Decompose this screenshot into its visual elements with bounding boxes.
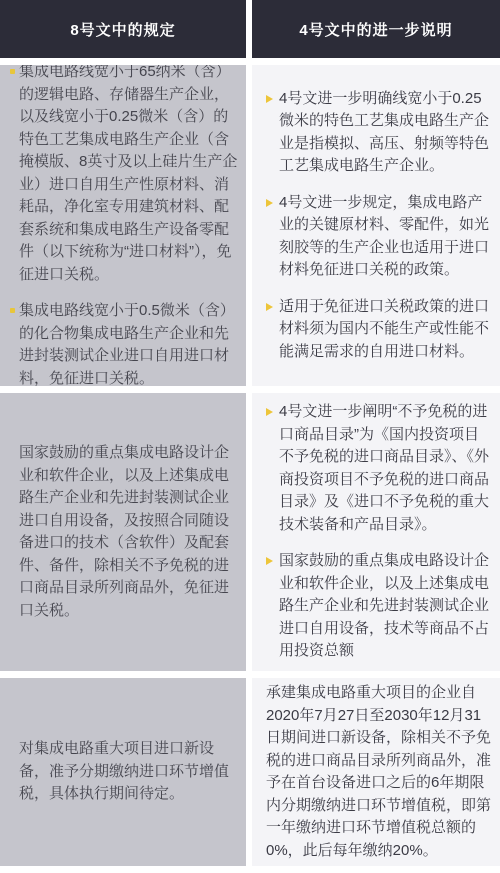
cell-paragraph: 对集成电路重大项目进口新设备，准予分期缴纳进口环节增值税，具体执行期间待定。 [10, 738, 238, 806]
square-bullet-icon [10, 69, 15, 74]
table-cell-row3-doc8: 对集成电路重大项目进口新设备，准予分期缴纳进口环节增值税，具体执行期间待定。 [0, 678, 246, 866]
bullet-item: 集成电路线宽小于0.5微米（含）的化合物集成电路生产企业和先进封装测试企业进口自… [10, 300, 238, 386]
table-grid: 8号文中的规定 4号文中的进一步说明 集成电路线宽小于65纳米（含）的逻辑电路、… [0, 0, 500, 866]
table-cell-row2-doc4: 4号文进一步阐明“不予免税的进口商品目录”为《国内投资项目不予免税的进口商品目录… [252, 393, 500, 671]
bullet-item: 国家鼓励的重点集成电路设计企业和软件企业，以及上述集成电路生产企业和先进封装测试… [266, 550, 492, 663]
triangle-bullet-icon [266, 303, 273, 311]
cell-paragraph: 国家鼓励的重点集成电路设计企业和软件企业，以及上述集成电路生产企业和先进封装测试… [10, 442, 238, 622]
column-header-doc4-label: 4号文中的进一步说明 [299, 19, 452, 40]
table-cell-row1-doc4: 4号文进一步明确线宽小于0.25微米的特色工艺集成电路生产企业是指模拟、高压、射… [252, 65, 500, 386]
bullet-item-text: 集成电路线宽小于65纳米（含）的逻辑电路、存储器生产企业，以及线宽小于0.25微… [19, 65, 237, 283]
table-cell-row3-doc4: 承建集成电路重大项目的企业自2020年7月27日至2030年12月31日期间进口… [252, 678, 500, 866]
regulation-comparison-table: 8号文中的规定 4号文中的进一步说明 集成电路线宽小于65纳米（含）的逻辑电路、… [0, 0, 500, 873]
bullet-item: 4号文进一步规定，集成电路产业的关键原材料、零配件，如光刻胶等的生产企业也适用于… [266, 192, 492, 282]
table-cell-row2-doc8: 国家鼓励的重点集成电路设计企业和软件企业，以及上述集成电路生产企业和先进封装测试… [0, 393, 246, 671]
bullet-item: 4号文进一步明确线宽小于0.25微米的特色工艺集成电路生产企业是指模拟、高压、射… [266, 88, 492, 178]
bullet-item-text: 4号文进一步阐明“不予免税的进口商品目录”为《国内投资项目不予免税的进口商品目录… [279, 403, 489, 533]
bullet-item: 适用于免征进口关税政策的进口材料须为国内不能生产或性能不能满足需求的自用进口材料… [266, 296, 492, 364]
column-header-doc8-label: 8号文中的规定 [70, 19, 175, 40]
bullet-item-text: 4号文进一步明确线宽小于0.25微米的特色工艺集成电路生产企业是指模拟、高压、射… [279, 90, 489, 175]
bullet-item-text: 集成电路线宽小于0.5微米（含）的化合物集成电路生产企业和先进封装测试企业进口自… [19, 302, 235, 386]
bullet-item-text: 适用于免征进口关税政策的进口材料须为国内不能生产或性能不能满足需求的自用进口材料… [279, 298, 489, 360]
bullet-item-text: 国家鼓励的重点集成电路设计企业和软件企业，以及上述集成电路生产企业和先进封装测试… [279, 552, 489, 659]
column-header-doc8: 8号文中的规定 [0, 0, 246, 58]
bullet-item: 4号文进一步阐明“不予免税的进口商品目录”为《国内投资项目不予免税的进口商品目录… [266, 401, 492, 536]
table-cell-row1-doc8: 集成电路线宽小于65纳米（含）的逻辑电路、存储器生产企业，以及线宽小于0.25微… [0, 65, 246, 386]
square-bullet-icon [10, 308, 15, 313]
triangle-bullet-icon [266, 199, 273, 207]
triangle-bullet-icon [266, 557, 273, 565]
bullet-item-text: 4号文进一步规定，集成电路产业的关键原材料、零配件，如光刻胶等的生产企业也适用于… [279, 194, 489, 279]
triangle-bullet-icon [266, 408, 273, 416]
cell-paragraph: 承建集成电路重大项目的企业自2020年7月27日至2030年12月31日期间进口… [266, 682, 492, 862]
triangle-bullet-icon [266, 95, 273, 103]
column-header-doc4: 4号文中的进一步说明 [252, 0, 500, 58]
bullet-item: 集成电路线宽小于65纳米（含）的逻辑电路、存储器生产企业，以及线宽小于0.25微… [10, 65, 238, 286]
